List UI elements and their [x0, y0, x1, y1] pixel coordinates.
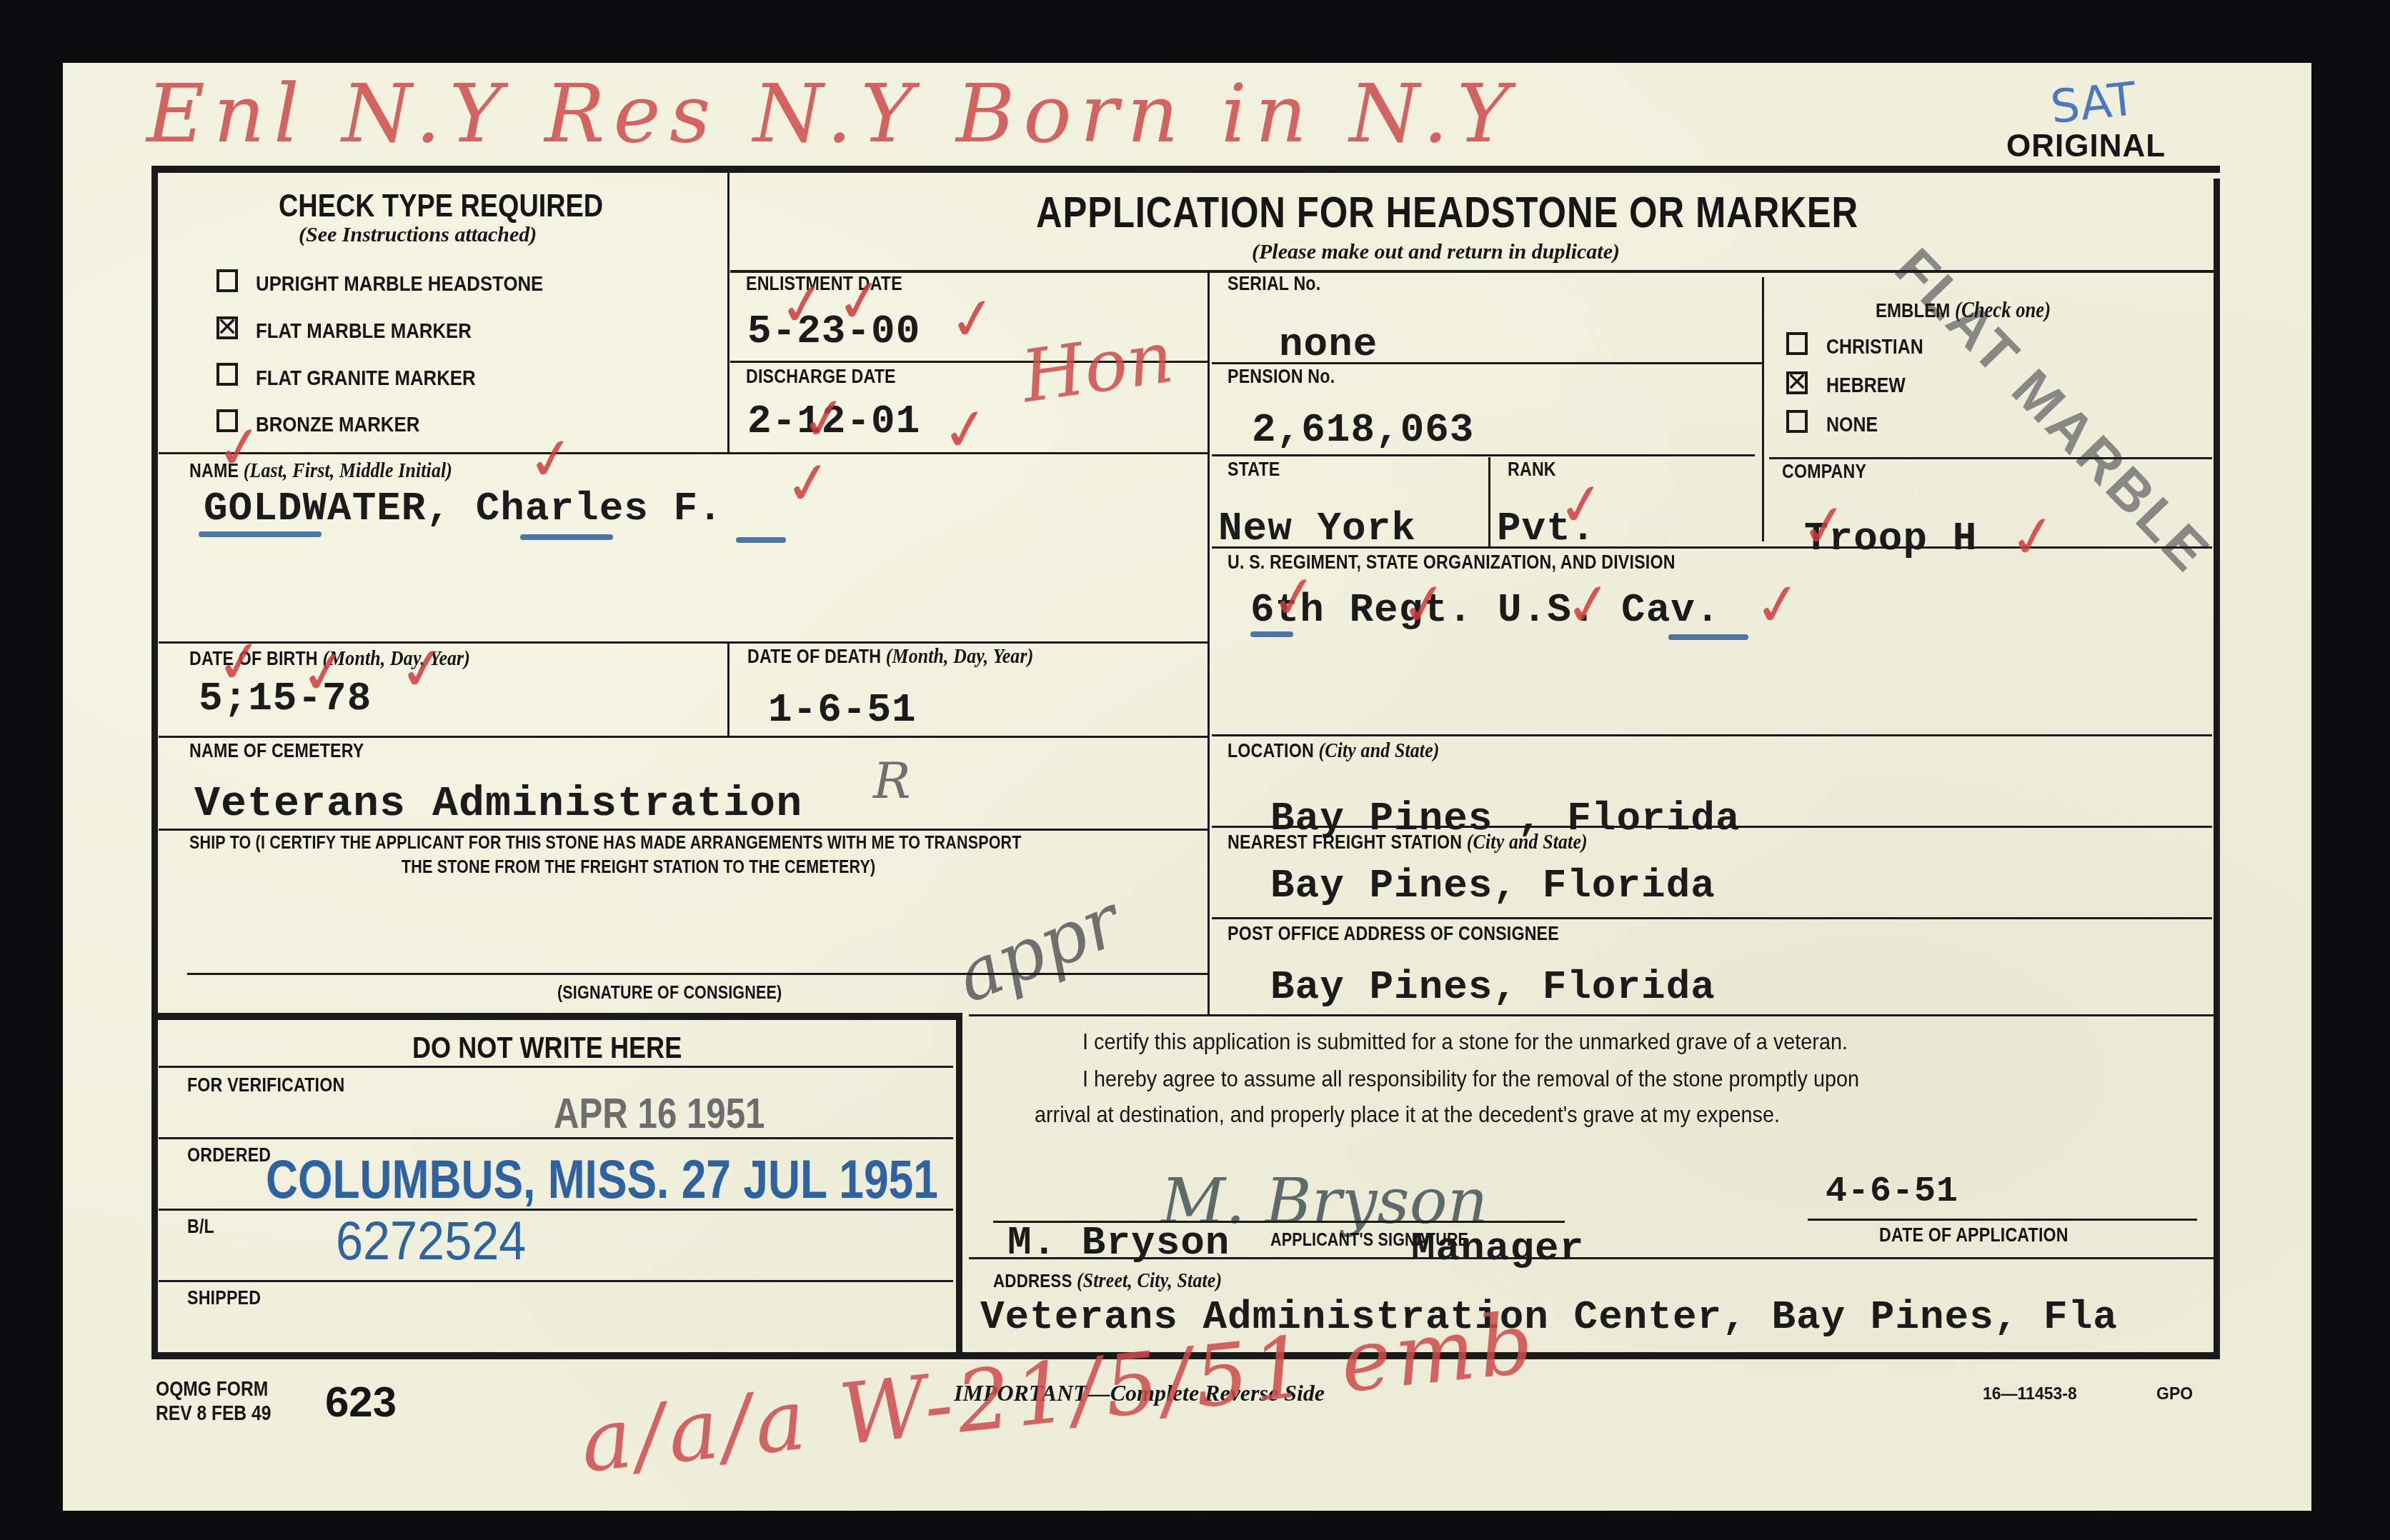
ordered-label: ORDERED — [187, 1144, 271, 1166]
red-checkmark-icon: ✓ — [1796, 490, 1853, 562]
emblem-heading-text: EMBLEM — [1876, 299, 1950, 321]
regiment-row-top — [1212, 546, 2212, 549]
name-label-note: (Last, First, Middle Initial) — [244, 459, 452, 482]
serial-value[interactable]: none — [1279, 321, 1378, 367]
state-value[interactable]: New York — [1218, 506, 1416, 551]
red-checkmark-icon: ✓ — [796, 383, 852, 455]
location-label: LOCATION (City and State) — [1228, 739, 1440, 763]
enlistment-date-value[interactable]: 5-23-00 — [747, 309, 920, 354]
state-row-top — [1212, 454, 1755, 456]
dob-dod-divider — [727, 643, 730, 736]
office-row-divider — [159, 1137, 953, 1139]
name-underline — [520, 534, 613, 540]
emblem-option-christian: CHRISTIAN — [1826, 336, 1923, 359]
bl-number-stamp: 6272524 — [336, 1210, 526, 1272]
emblem-heading: EMBLEM (Check one) — [1876, 297, 2051, 323]
verification-label: FOR VERIFICATION — [187, 1074, 344, 1096]
handwritten-enlistment-note: Enl N.Y Res N.Y Born in N.Y — [146, 68, 1518, 161]
certify-line-3: arrival at destination, and properly pla… — [1035, 1101, 1780, 1128]
red-checkmark-icon: ✓ — [1266, 561, 1323, 634]
po-address-row-top — [1212, 917, 2212, 919]
form-top-border — [151, 166, 2220, 173]
address-label: ADDRESS (Street, City, State) — [993, 1269, 1222, 1293]
dod-label-text: DATE OF DEATH — [747, 646, 881, 667]
red-checkmark-icon: ✓ — [1560, 569, 1617, 641]
check-type-divider — [727, 173, 730, 453]
name-underline — [736, 537, 786, 543]
option-upright-marble-headstone: UPRIGHT MARBLE HEADSTONE — [256, 272, 543, 296]
check-type-heading: CHECK TYPE REQUIRED — [279, 189, 603, 224]
consignee-signature-line — [187, 973, 1209, 975]
pension-value[interactable]: 2,618,063 — [1252, 407, 1474, 453]
bl-label: B/L — [187, 1216, 214, 1238]
checkbox-upright-marble-headstone[interactable] — [216, 269, 238, 292]
ordered-stamp: COLUMBUS, MISS. 27 JUL 1951 — [266, 1149, 938, 1211]
red-checkmark-icon: ✓ — [937, 394, 994, 466]
red-checkmark-icon: ✓ — [775, 269, 831, 341]
form-title: APPLICATION FOR HEADSTONE OR MARKER — [1036, 187, 1858, 238]
dod-label-note: (Month, Day, Year) — [886, 644, 1034, 668]
form-id-line1: OQMG FORM — [156, 1377, 268, 1401]
red-checkmark-icon: ✓ — [2005, 501, 2061, 573]
sat-mark: SAT — [2048, 73, 2138, 134]
certify-top-line — [969, 1014, 2216, 1016]
application-date-value[interactable]: 4-6-51 — [1826, 1171, 1958, 1212]
date-line — [1808, 1219, 2197, 1221]
center-column-divider — [1208, 273, 1210, 1016]
red-checkmark-icon: ✓ — [296, 636, 352, 709]
cemetery-name-label: NAME OF CEMETERY — [189, 740, 364, 762]
red-checkmark-icon: ✓ — [945, 283, 1001, 355]
consignee-signature-label: (SIGNATURE OF CONSIGNEE) — [557, 983, 782, 1004]
office-row-divider — [159, 1209, 953, 1211]
serial-label: SERIAL No. — [1228, 273, 1320, 295]
print-code: 16—11453-8 — [1983, 1384, 2077, 1404]
checkbox-emblem-none[interactable] — [1786, 410, 1808, 433]
state-label: STATE — [1228, 459, 1280, 481]
office-box-right — [956, 1013, 962, 1356]
office-box-top — [151, 1013, 962, 1020]
red-checkmark-icon: ✓ — [1553, 469, 1610, 541]
form-number: 623 — [325, 1377, 397, 1426]
certify-line-2: I hereby agree to assume all responsibil… — [1082, 1066, 1859, 1092]
cemetery-pencil-mark: R — [873, 751, 911, 810]
ship-to-label-line1: SHIP TO (I CERTIFY THE APPLICANT FOR THI… — [189, 833, 1022, 854]
state-rank-divider — [1488, 457, 1490, 546]
option-flat-granite-marker: FLAT GRANITE MARKER — [256, 366, 476, 391]
form-right-border — [2214, 179, 2220, 1357]
office-row-divider — [159, 1066, 953, 1068]
certify-line-1: I certify this application is submitted … — [1082, 1029, 1848, 1055]
red-checkmark-icon: ✓ — [211, 411, 268, 484]
location-label-text: LOCATION — [1228, 740, 1314, 761]
printer-mark: GPO — [2156, 1384, 2193, 1404]
red-checkmark-icon: ✓ — [1396, 569, 1453, 641]
red-checkmark-icon: ✓ — [1750, 569, 1806, 641]
regiment-underline — [1668, 634, 1748, 640]
location-row-top — [1212, 734, 2212, 736]
red-checkmark-icon: ✓ — [832, 265, 888, 337]
checkbox-flat-marble-marker[interactable] — [216, 316, 238, 339]
emblem-divider — [1762, 277, 1764, 541]
verification-date-stamp: APR 16 1951 — [554, 1089, 765, 1138]
veteran-name-value[interactable]: GOLDWATER, Charles F. — [204, 486, 723, 531]
po-address-label: POST OFFICE ADDRESS OF CONSIGNEE — [1228, 923, 1559, 945]
checkbox-flat-granite-marker[interactable] — [216, 363, 238, 386]
pension-label: PENSION No. — [1228, 366, 1335, 388]
shipped-label: SHIPPED — [187, 1287, 261, 1309]
checkbox-emblem-hebrew[interactable] — [1786, 371, 1808, 394]
regiment-underline — [1250, 631, 1293, 637]
discharge-date-label: DISCHARGE DATE — [746, 366, 896, 388]
applicant-title[interactable]: Manager — [1411, 1226, 1584, 1271]
form-left-border — [151, 166, 158, 1359]
name-row-top — [159, 452, 1209, 454]
cemetery-row-top — [159, 736, 1209, 738]
title-underline — [730, 270, 2216, 273]
freight-row-top — [1212, 826, 2212, 828]
copy-label: ORIGINAL — [2006, 129, 2166, 164]
freight-label-text: NEAREST FREIGHT STATION — [1228, 831, 1462, 853]
red-checkmark-icon: ✓ — [211, 626, 268, 698]
red-checkmark-icon: ✓ — [394, 633, 451, 705]
date-of-application-label: DATE OF APPLICATION — [1879, 1224, 2068, 1246]
option-flat-marble-marker: FLAT MARBLE MARKER — [256, 319, 472, 344]
company-label: COMPANY — [1782, 461, 1866, 483]
serial-divider — [1212, 362, 1762, 364]
address-label-note: (Street, City, State) — [1077, 1269, 1222, 1292]
emblem-option-none: NONE — [1826, 414, 1878, 437]
ship-to-label-line2: THE STONE FROM THE FREIGHT STATION TO TH… — [402, 857, 875, 878]
freight-station-value[interactable]: Bay Pines, Florida — [1270, 863, 1716, 909]
check-type-subheading: (See Instructions attached) — [299, 223, 537, 247]
office-use-heading: DO NOT WRITE HERE — [412, 1031, 682, 1065]
dod-value[interactable]: 1-6-51 — [768, 687, 917, 733]
freight-station-label: NEAREST FREIGHT STATION (City and State) — [1228, 830, 1588, 854]
emblem-option-hebrew: HEBREW — [1826, 374, 1906, 398]
rank-label: RANK — [1508, 459, 1556, 481]
checkbox-emblem-christian[interactable] — [1786, 332, 1808, 355]
form-subtitle: (Please make out and return in duplicate… — [1252, 240, 1620, 264]
name-underline — [199, 531, 322, 537]
company-row-top — [1769, 457, 2212, 459]
address-label-text: ADDRESS — [993, 1270, 1072, 1291]
ship-to-row-top — [159, 829, 1209, 831]
dod-label: DATE OF DEATH (Month, Day, Year) — [747, 644, 1033, 669]
po-address-value[interactable]: Bay Pines, Florida — [1270, 964, 1716, 1010]
form-id-line2: REV 8 FEB 49 — [156, 1401, 271, 1426]
address-row-top — [969, 1257, 2216, 1259]
red-checkmark-icon: ✓ — [780, 447, 837, 519]
freight-label-note: (City and State) — [1467, 830, 1588, 854]
red-checkmark-icon: ✓ — [523, 423, 579, 495]
office-row-divider — [159, 1280, 953, 1282]
emblem-heading-note: (Check one) — [1955, 297, 2051, 322]
cemetery-name-value[interactable]: Veterans Administration — [194, 780, 802, 829]
location-label-note: (City and State) — [1319, 739, 1440, 762]
option-bronze-marker: BRONZE MARKER — [256, 413, 419, 437]
